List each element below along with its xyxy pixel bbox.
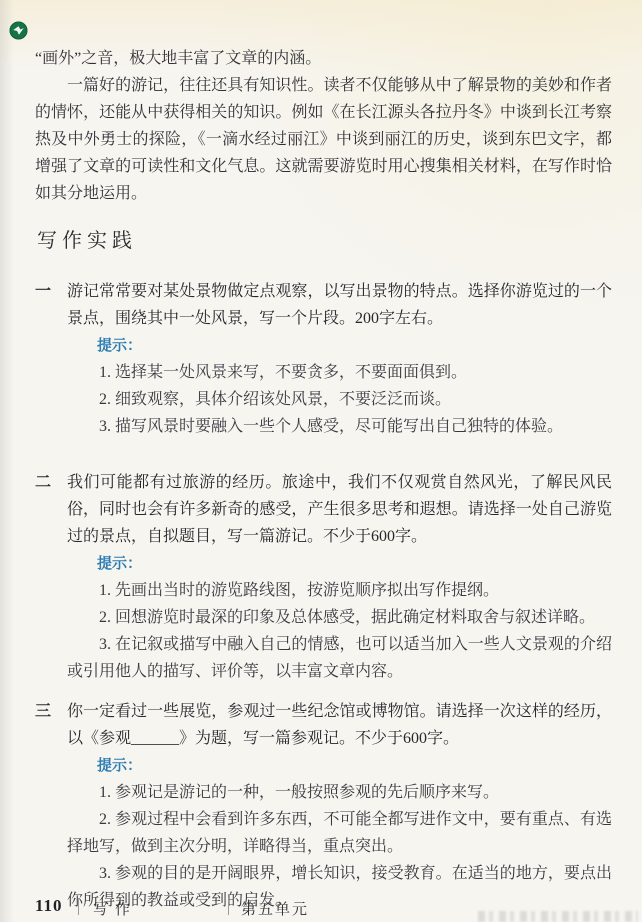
- exercise-3-hint-1: 1. 参观记是游记的一种，一般按照参观的先后顺序来写。: [67, 779, 612, 806]
- scan-watermark: [478, 911, 638, 922]
- footer-unit-label: 第五单元: [241, 898, 309, 919]
- exercise-3-hint-label: 提示：: [97, 752, 612, 779]
- exercise-2-hint-1: 1. 先画出当时的游览路线图，按游览顺序拟出写作提纲。: [67, 577, 612, 604]
- green-globe-icon: [9, 21, 28, 40]
- exercise-1-hint-label: 提示：: [97, 332, 612, 359]
- page-content: “画外”之音，极大地丰富了文章的内涵。 一篇好的游记，往往还具有知识性。读者不仅…: [0, 0, 642, 914]
- exercise-2-hint-3: 3. 在记叙或描写中融入自己的情感，也可以适当加入一些人文景观的介绍或引用他人的…: [67, 631, 612, 685]
- exercise-2-hint-label: 提示：: [97, 550, 612, 577]
- intro-paragraph-2: 一篇好的游记，往往还具有知识性。读者不仅能够从中了解景物的美妙和作者的情怀，还能…: [35, 72, 612, 207]
- exercise-2-prompt: 我们可能都有过旅游的经历。旅途中，我们不仅观赏自然风光，了解民风民俗，同时也会有…: [67, 469, 612, 550]
- footer-divider: [228, 898, 229, 915]
- section-heading: 写作实践: [37, 228, 612, 255]
- exercise-3-hint-2: 2. 参观过程中会看到许多东西，不可能全都写进作文中，要有重点、有选择地写，做到…: [67, 806, 612, 860]
- exercise-2-number: 二: [35, 469, 67, 496]
- spacer: [35, 440, 612, 469]
- exercise-1: 一 游记常常要对某处景物做定点观察，以写出景物的特点。选择你游览过的一个景点，围…: [35, 278, 612, 440]
- exercise-1-number: 一: [35, 278, 67, 305]
- spacer: [35, 685, 612, 698]
- exercise-1-prompt: 游记常常要对某处景物做定点观察，以写出景物的特点。选择你游览过的一个景点，围绕其…: [67, 278, 612, 332]
- intro-paragraph-1: “画外”之音，极大地丰富了文章的内涵。: [35, 45, 612, 72]
- exercise-3-number: 三: [35, 698, 67, 725]
- page-number: 110: [35, 896, 63, 916]
- exercise-2-hint-2: 2. 回想游览时最深的印象及总体感受，据此确定材料取舍与叙述详略。: [67, 604, 612, 631]
- textbook-page: “画外”之音，极大地丰富了文章的内涵。 一篇好的游记，往往还具有知识性。读者不仅…: [0, 0, 642, 922]
- footer-divider: [78, 898, 79, 915]
- exercise-2: 二 我们可能都有过旅游的经历。旅途中，我们不仅观赏自然风光，了解民风民俗，同时也…: [35, 469, 612, 685]
- exercise-1-hint-1: 1. 选择某一处风景来写，不要贪多，不要面面俱到。: [67, 359, 612, 386]
- exercise-3-prompt: 你一定看过一些展览，参观过一些纪念馆或博物馆。请选择一次这样的经历，以《参观__…: [67, 698, 612, 752]
- exercise-1-hint-2: 2. 细致观察，具体介绍该处风景，不要泛泛而谈。: [67, 386, 612, 413]
- exercise-1-hint-3: 3. 描写风景时要融入一些个人感受，尽可能写出自己独特的体验。: [67, 413, 612, 440]
- exercise-3: 三 你一定看过一些展览，参观过一些纪念馆或博物馆。请选择一次这样的经历，以《参观…: [35, 698, 612, 914]
- footer-section-label: 写作: [93, 898, 137, 919]
